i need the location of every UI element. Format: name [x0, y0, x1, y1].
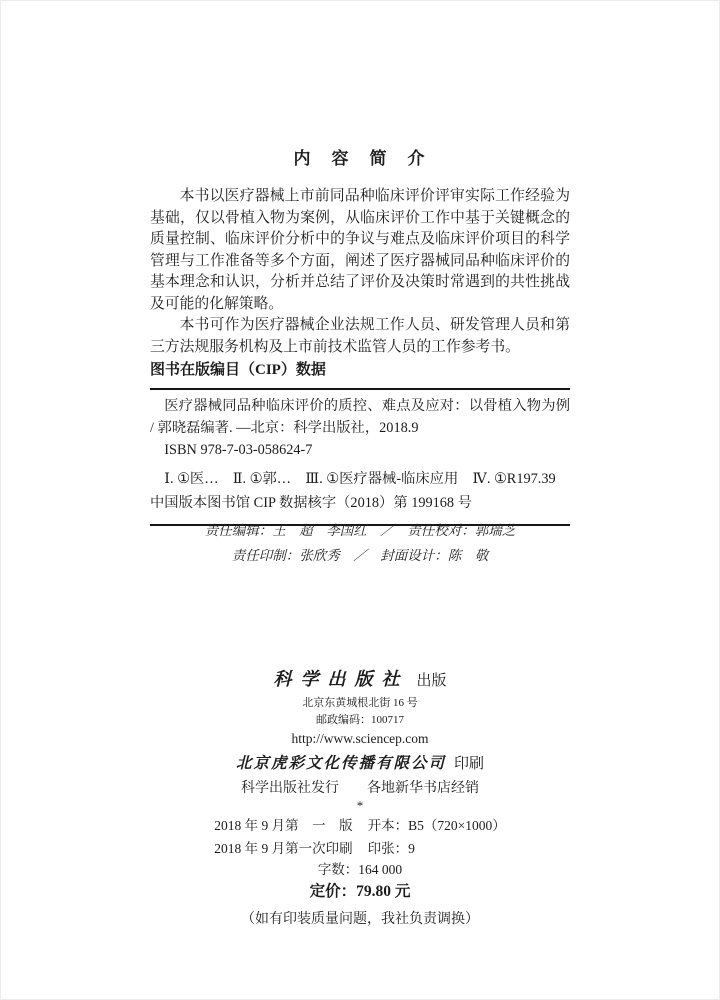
publisher-website: http://www.sciencep.com	[0, 731, 720, 747]
publisher-postcode: 邮政编码：100717	[0, 713, 720, 728]
summary-paragraph-1: 本书以医疗器械上市前同品种临床评价评审实际工作经验为基础，仅以骨植入物为案例，从…	[150, 186, 570, 315]
publisher-line: 科学出版社出版	[0, 667, 720, 693]
cip-isbn: ISBN 978-7-03-058624-7	[150, 440, 570, 462]
publisher-role: 出版	[416, 673, 446, 689]
content-summary-section: 内 容 简 介 本书以医疗器械上市前同品种临床评价评审实际工作经验为基础，仅以骨…	[150, 144, 570, 358]
summary-paragraph-2: 本书可作为医疗器械企业法规工作人员、研发管理人员和第三方法规服务机构及上市前技术…	[150, 315, 570, 358]
cip-header: 图书在版编目（CIP）数据	[150, 358, 570, 379]
colophon-section: 科学出版社出版 北京东黄城根北街 16 号 邮政编码：100717 http:/…	[0, 667, 720, 929]
cip-entry-title: 医疗器械同品种临床评价的质控、难点及应对：以骨植入物为例 / 郭晓磊编著. —北…	[150, 396, 570, 439]
distribution-line: 科学出版社发行 各地新华书店经销	[0, 779, 720, 798]
price: 定价：79.80 元	[0, 881, 720, 902]
printer-role: 印刷	[454, 756, 484, 772]
cip-record-number: 中国版本图书馆 CIP 数据核字（2018）第 199168 号	[150, 493, 570, 515]
separator-star: *	[0, 800, 720, 812]
content-summary-title: 内 容 简 介	[150, 144, 570, 169]
publisher-logo-text: 科学出版社	[273, 669, 408, 689]
publisher-address: 北京东黄城根北街 16 号	[0, 696, 720, 711]
cip-section: 图书在版编目（CIP）数据 医疗器械同品种临床评价的质控、难点及应对：以骨植入物…	[150, 358, 570, 526]
edition-line: 2018 年 9 月第 一 版	[214, 814, 352, 837]
format-spec: 开本：B5（720×1000）	[368, 814, 506, 837]
printer-logo-text: 北京虎彩文化传播有限公司	[236, 755, 446, 772]
cip-body: 医疗器械同品种临床评价的质控、难点及应对：以骨植入物为例 / 郭晓磊编著. —北…	[150, 396, 570, 515]
printing-line: 2018 年 9 月第一次印刷	[214, 837, 352, 860]
sheets-spec: 印张：9	[368, 837, 506, 860]
staff-credits-section: 责任编辑：王 超 李国红 ／ 责任校对：郭瑞芝 责任印制：张欣秀 ／ 封面设计：…	[0, 518, 720, 568]
cip-top-rule	[150, 388, 570, 390]
cip-classification: Ⅰ. ①医… Ⅱ. ①郭… Ⅲ. ①医疗器械-临床应用 Ⅳ. ①R197.39	[150, 469, 570, 491]
word-count: 字数：164 000	[0, 860, 720, 879]
copyright-page: 内 容 简 介 本书以医疗器械上市前同品种临床评价评审实际工作经验为基础，仅以骨…	[0, 0, 720, 1000]
quality-notice: （如有印装质量问题，我社负责调换）	[0, 910, 720, 929]
printer-line: 北京虎彩文化传播有限公司印刷	[0, 754, 720, 774]
edition-info-block: 2018 年 9 月第 一 版 开本：B5（720×1000） 2018 年 9…	[214, 814, 506, 860]
editors-line: 责任编辑：王 超 李国红 ／ 责任校对：郭瑞芝	[0, 518, 720, 543]
production-line: 责任印制：张欣秀 ／ 封面设计：陈 敬	[0, 543, 720, 568]
